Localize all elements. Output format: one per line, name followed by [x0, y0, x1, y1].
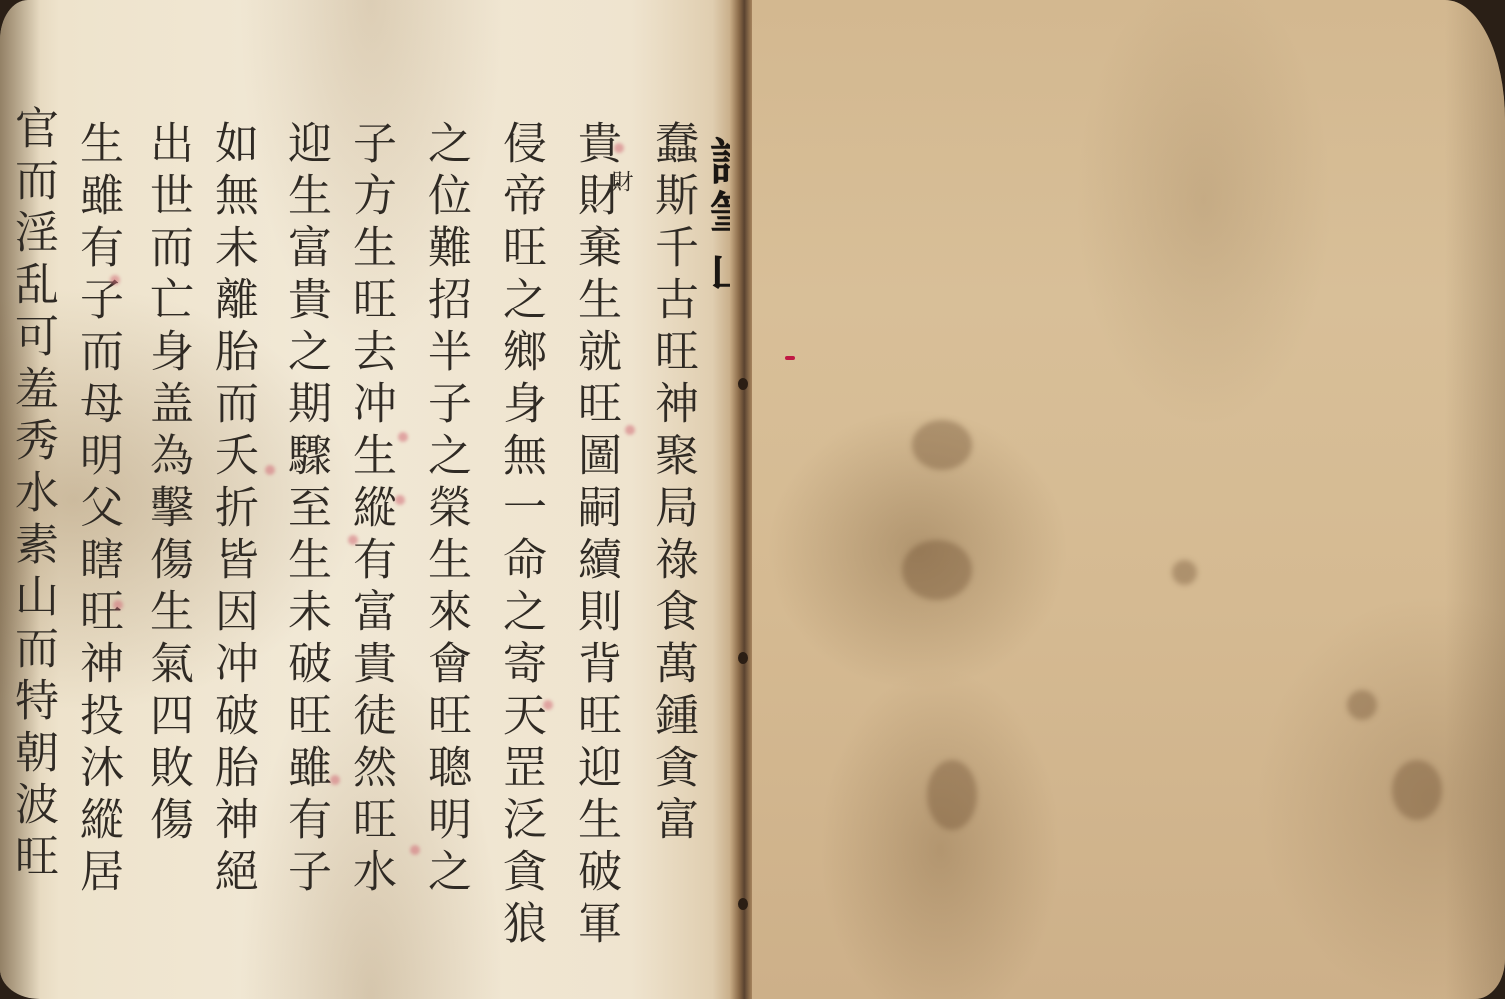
text-column-6: 迎生富貴之期驟至生未破旺雖有子	[283, 120, 327, 900]
pink-stain	[113, 600, 123, 610]
pink-stain	[110, 275, 120, 285]
pink-stain	[614, 143, 624, 153]
water-stain	[1392, 760, 1442, 820]
text-column-1: 蠢斯千古旺神聚局祿食萬鍾貪富	[650, 120, 694, 848]
pink-stain	[395, 495, 405, 505]
water-stain	[902, 540, 972, 600]
manuscript-text: 論筆山 蠢斯千古旺神聚局祿食萬鍾貪富 貴財棄生就旺圖嗣續則背旺迎生破軍 財 侵帝…	[0, 0, 742, 999]
binding-stitch	[738, 898, 748, 910]
text-column-7: 如無未離胎而夭折皆因冲破胎神絕	[210, 120, 254, 900]
pink-stain	[410, 845, 420, 855]
manuscript-spread: 論筆山 蠢斯千古旺神聚局祿食萬鍾貪富 貴財棄生就旺圖嗣續則背旺迎生破軍 財 侵帝…	[0, 0, 1505, 999]
pink-stain	[625, 425, 635, 435]
pink-stain	[330, 775, 340, 785]
binding-stitch	[738, 378, 748, 390]
water-stain	[912, 420, 972, 470]
red-ink-mark	[785, 356, 795, 360]
text-column-9: 生雖有子而母明父瞎旺神投沐縱居	[75, 120, 119, 900]
pink-stain	[265, 465, 275, 475]
text-column-2: 貴財棄生就旺圖嗣續則背旺迎生破軍	[573, 120, 617, 952]
text-column-10: 官而淫乱可羞秀水素山而特朝波旺	[10, 105, 54, 885]
water-stain	[1172, 560, 1197, 585]
text-column-5: 子方生旺去冲生縱有富貴徒然旺水	[348, 120, 392, 900]
pink-stain	[543, 700, 553, 710]
pink-stain	[398, 432, 408, 442]
text-column-8: 出世而亡身盖為擊傷生氣四敗傷	[145, 120, 189, 848]
right-page-cover	[752, 0, 1505, 999]
pink-stain	[348, 535, 358, 545]
margin-annotation: 財	[605, 170, 636, 192]
text-column-3: 侵帝旺之鄉身無一命之寄天罡泛貪狼	[498, 120, 542, 952]
water-stain	[1347, 690, 1377, 720]
binding-stitch	[738, 652, 748, 664]
text-column-4: 之位難招半子之榮生來會旺聰明之	[423, 120, 467, 900]
water-stain	[927, 760, 977, 830]
